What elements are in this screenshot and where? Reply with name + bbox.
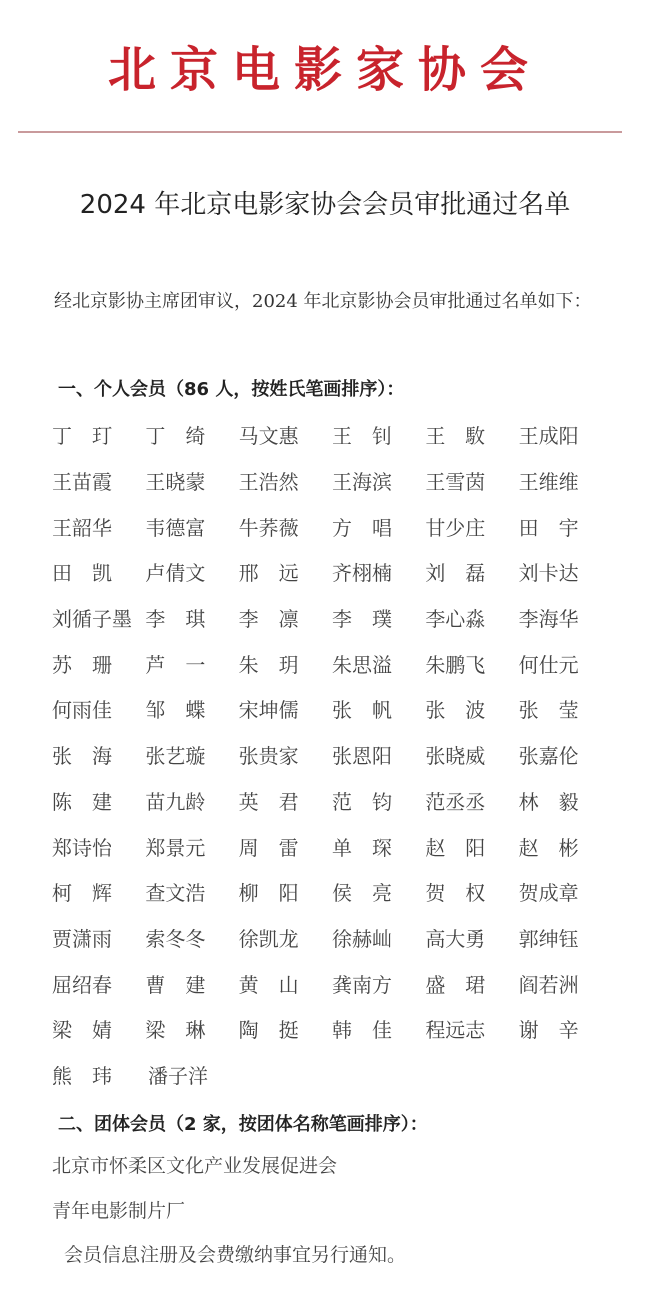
member-name: 周 雷 [239,832,332,861]
member-name: 林 毅 [519,786,612,815]
member-name: 郑景元 [145,832,238,861]
name-row: 刘循子墨 李 琪 李 凛 李 璞 李心淼 李海华 [52,595,612,641]
member-name: 郭绅钰 [519,923,612,952]
member-name: 苗九龄 [145,786,238,815]
member-name: 贾潇雨 [52,923,145,952]
member-name: 宋坤儒 [239,694,332,723]
footer-note: 会员信息注册及会费缴纳事宜另行通知。 [64,1237,406,1273]
member-name: 陈 建 [52,786,145,815]
member-name: 牛荞薇 [239,512,332,541]
member-name: 贺 权 [425,877,518,906]
member-name: 王 駇 [425,420,518,449]
member-name: 谢 辛 [519,1014,612,1043]
member-name: 王 钊 [332,420,425,449]
name-row: 柯 辉 查文浩 柳 阳 侯 亮 贺 权 贺成章 [52,869,612,915]
member-name: 柯 辉 [52,877,145,906]
member-name: 张 帆 [332,694,425,723]
group-member-name: 青年电影制片厂 [52,1193,185,1229]
member-name: 苏 珊 [52,649,145,678]
name-row: 梁 婧 梁 琳 陶 挺 韩 佳 程远志 谢 辛 [52,1006,612,1052]
member-name: 芦 一 [145,649,238,678]
member-name: 李海华 [519,603,612,632]
member-name: 索冬冬 [145,923,238,952]
member-name: 曹 建 [145,969,238,998]
member-name: 刘 磊 [425,557,518,586]
member-name: 张贵家 [239,740,332,769]
member-name: 韩 佳 [332,1014,425,1043]
member-name: 王维维 [519,466,612,495]
member-name: 甘少庄 [425,512,518,541]
member-name: 梁 琳 [145,1014,238,1043]
name-row: 屈绍春 曹 建 黄 山 龚南方 盛 珺 阎若洲 [52,960,612,1006]
member-name: 张嘉伦 [519,740,612,769]
member-name: 朱 玥 [239,649,332,678]
member-name: 张 莹 [519,694,612,723]
section-individual-heading: 一、个人会员（86 人，按姓氏笔画排序）： [58,372,404,408]
member-name: 张艺璇 [145,740,238,769]
member-name: 徐赫屾 [332,923,425,952]
member-name: 侯 亮 [332,877,425,906]
masthead-title: 北京电影家协会 [0,40,650,100]
member-name: 范 钧 [332,786,425,815]
member-name: 朱鹏飞 [425,649,518,678]
member-name: 程远志 [425,1014,518,1043]
member-name: 王韶华 [52,512,145,541]
member-name: 赵 阳 [425,832,518,861]
member-name: 李 琪 [145,603,238,632]
member-name: 徐凯龙 [239,923,332,952]
member-name: 何雨佳 [52,694,145,723]
group-member-name: 北京市怀柔区文化产业发展促进会 [52,1148,337,1184]
member-name: 韦德富 [145,512,238,541]
member-name: 邢 远 [239,557,332,586]
intro-paragraph: 经北京影协主席团审议，2024 年北京影协会员审批通过名单如下： [20,278,630,326]
document-title: 2024 年北京电影家协会会员审批通过名单 [0,185,650,225]
name-row: 郑诗怡 郑景元 周 雷 单 琛 赵 阳 赵 彬 [52,823,612,869]
member-name: 田 宇 [519,512,612,541]
member-name: 郑诗怡 [52,832,145,861]
member-name: 龚南方 [332,969,425,998]
header-divider [18,131,622,133]
member-name: 丁 玎 [52,420,145,449]
name-row: 贾潇雨 索冬冬 徐凯龙 徐赫屾 高大勇 郭绅钰 [52,915,612,961]
member-name: 黄 山 [239,969,332,998]
member-name: 刘卡达 [519,557,612,586]
member-name: 王晓蒙 [145,466,238,495]
name-row: 田 凯 卢倩文 邢 远 齐栩楠 刘 磊 刘卡达 [52,549,612,595]
member-name: 马文惠 [239,420,332,449]
section-group-heading: 二、团体会员（2 家，按团体名称笔画排序）： [58,1107,428,1143]
member-name: 卢倩文 [145,557,238,586]
member-name: 刘循子墨 [52,603,145,632]
member-name: 柳 阳 [239,877,332,906]
member-name: 陶 挺 [239,1014,332,1043]
name-row: 苏 珊 芦 一 朱 玥 朱思溢 朱鹏飞 何仕元 [52,640,612,686]
member-name: 赵 彬 [519,832,612,861]
member-name: 单 琛 [332,832,425,861]
individual-members-list: 丁 玎 丁 绮 马文惠 王 钊 王 駇 王成阳 王苗霞 王晓蒙 王浩然 王海滨 … [52,412,612,1097]
member-name: 齐栩楠 [332,557,425,586]
member-name: 梁 婧 [52,1014,145,1043]
name-row: 陈 建 苗九龄 英 君 范 钧 范丞丞 林 毅 [52,778,612,824]
member-name: 张 波 [425,694,518,723]
member-name: 邹 蝶 [145,694,238,723]
name-row: 丁 玎 丁 绮 马文惠 王 钊 王 駇 王成阳 [52,412,612,458]
member-name: 潘子洋 [148,1060,244,1089]
member-name: 贺成章 [519,877,612,906]
member-name: 王海滨 [332,466,425,495]
member-name: 王浩然 [239,466,332,495]
member-name: 丁 绮 [145,420,238,449]
member-name: 张晓威 [425,740,518,769]
member-name: 阎若洲 [519,969,612,998]
member-name: 查文浩 [145,877,238,906]
member-name: 屈绍春 [52,969,145,998]
member-name: 高大勇 [425,923,518,952]
member-name: 王雪茵 [425,466,518,495]
member-name: 范丞丞 [425,786,518,815]
member-name: 王成阳 [519,420,612,449]
name-row: 王苗霞 王晓蒙 王浩然 王海滨 王雪茵 王维维 [52,458,612,504]
name-row: 熊 玮 潘子洋 [52,1052,612,1098]
member-name: 李心淼 [425,603,518,632]
member-name: 方 唱 [332,512,425,541]
member-name: 何仕元 [519,649,612,678]
name-row: 何雨佳 邹 蝶 宋坤儒 张 帆 张 波 张 莹 [52,686,612,732]
member-name: 英 君 [239,786,332,815]
member-name: 盛 珺 [425,969,518,998]
member-name: 李 璞 [332,603,425,632]
member-name: 田 凯 [52,557,145,586]
member-name: 王苗霞 [52,466,145,495]
member-name: 熊 玮 [52,1060,148,1089]
name-row: 张 海 张艺璇 张贵家 张恩阳 张晓威 张嘉伦 [52,732,612,778]
member-name: 张 海 [52,740,145,769]
member-name: 李 凛 [239,603,332,632]
member-name: 朱思溢 [332,649,425,678]
member-name: 张恩阳 [332,740,425,769]
name-row: 王韶华 韦德富 牛荞薇 方 唱 甘少庄 田 宇 [52,503,612,549]
